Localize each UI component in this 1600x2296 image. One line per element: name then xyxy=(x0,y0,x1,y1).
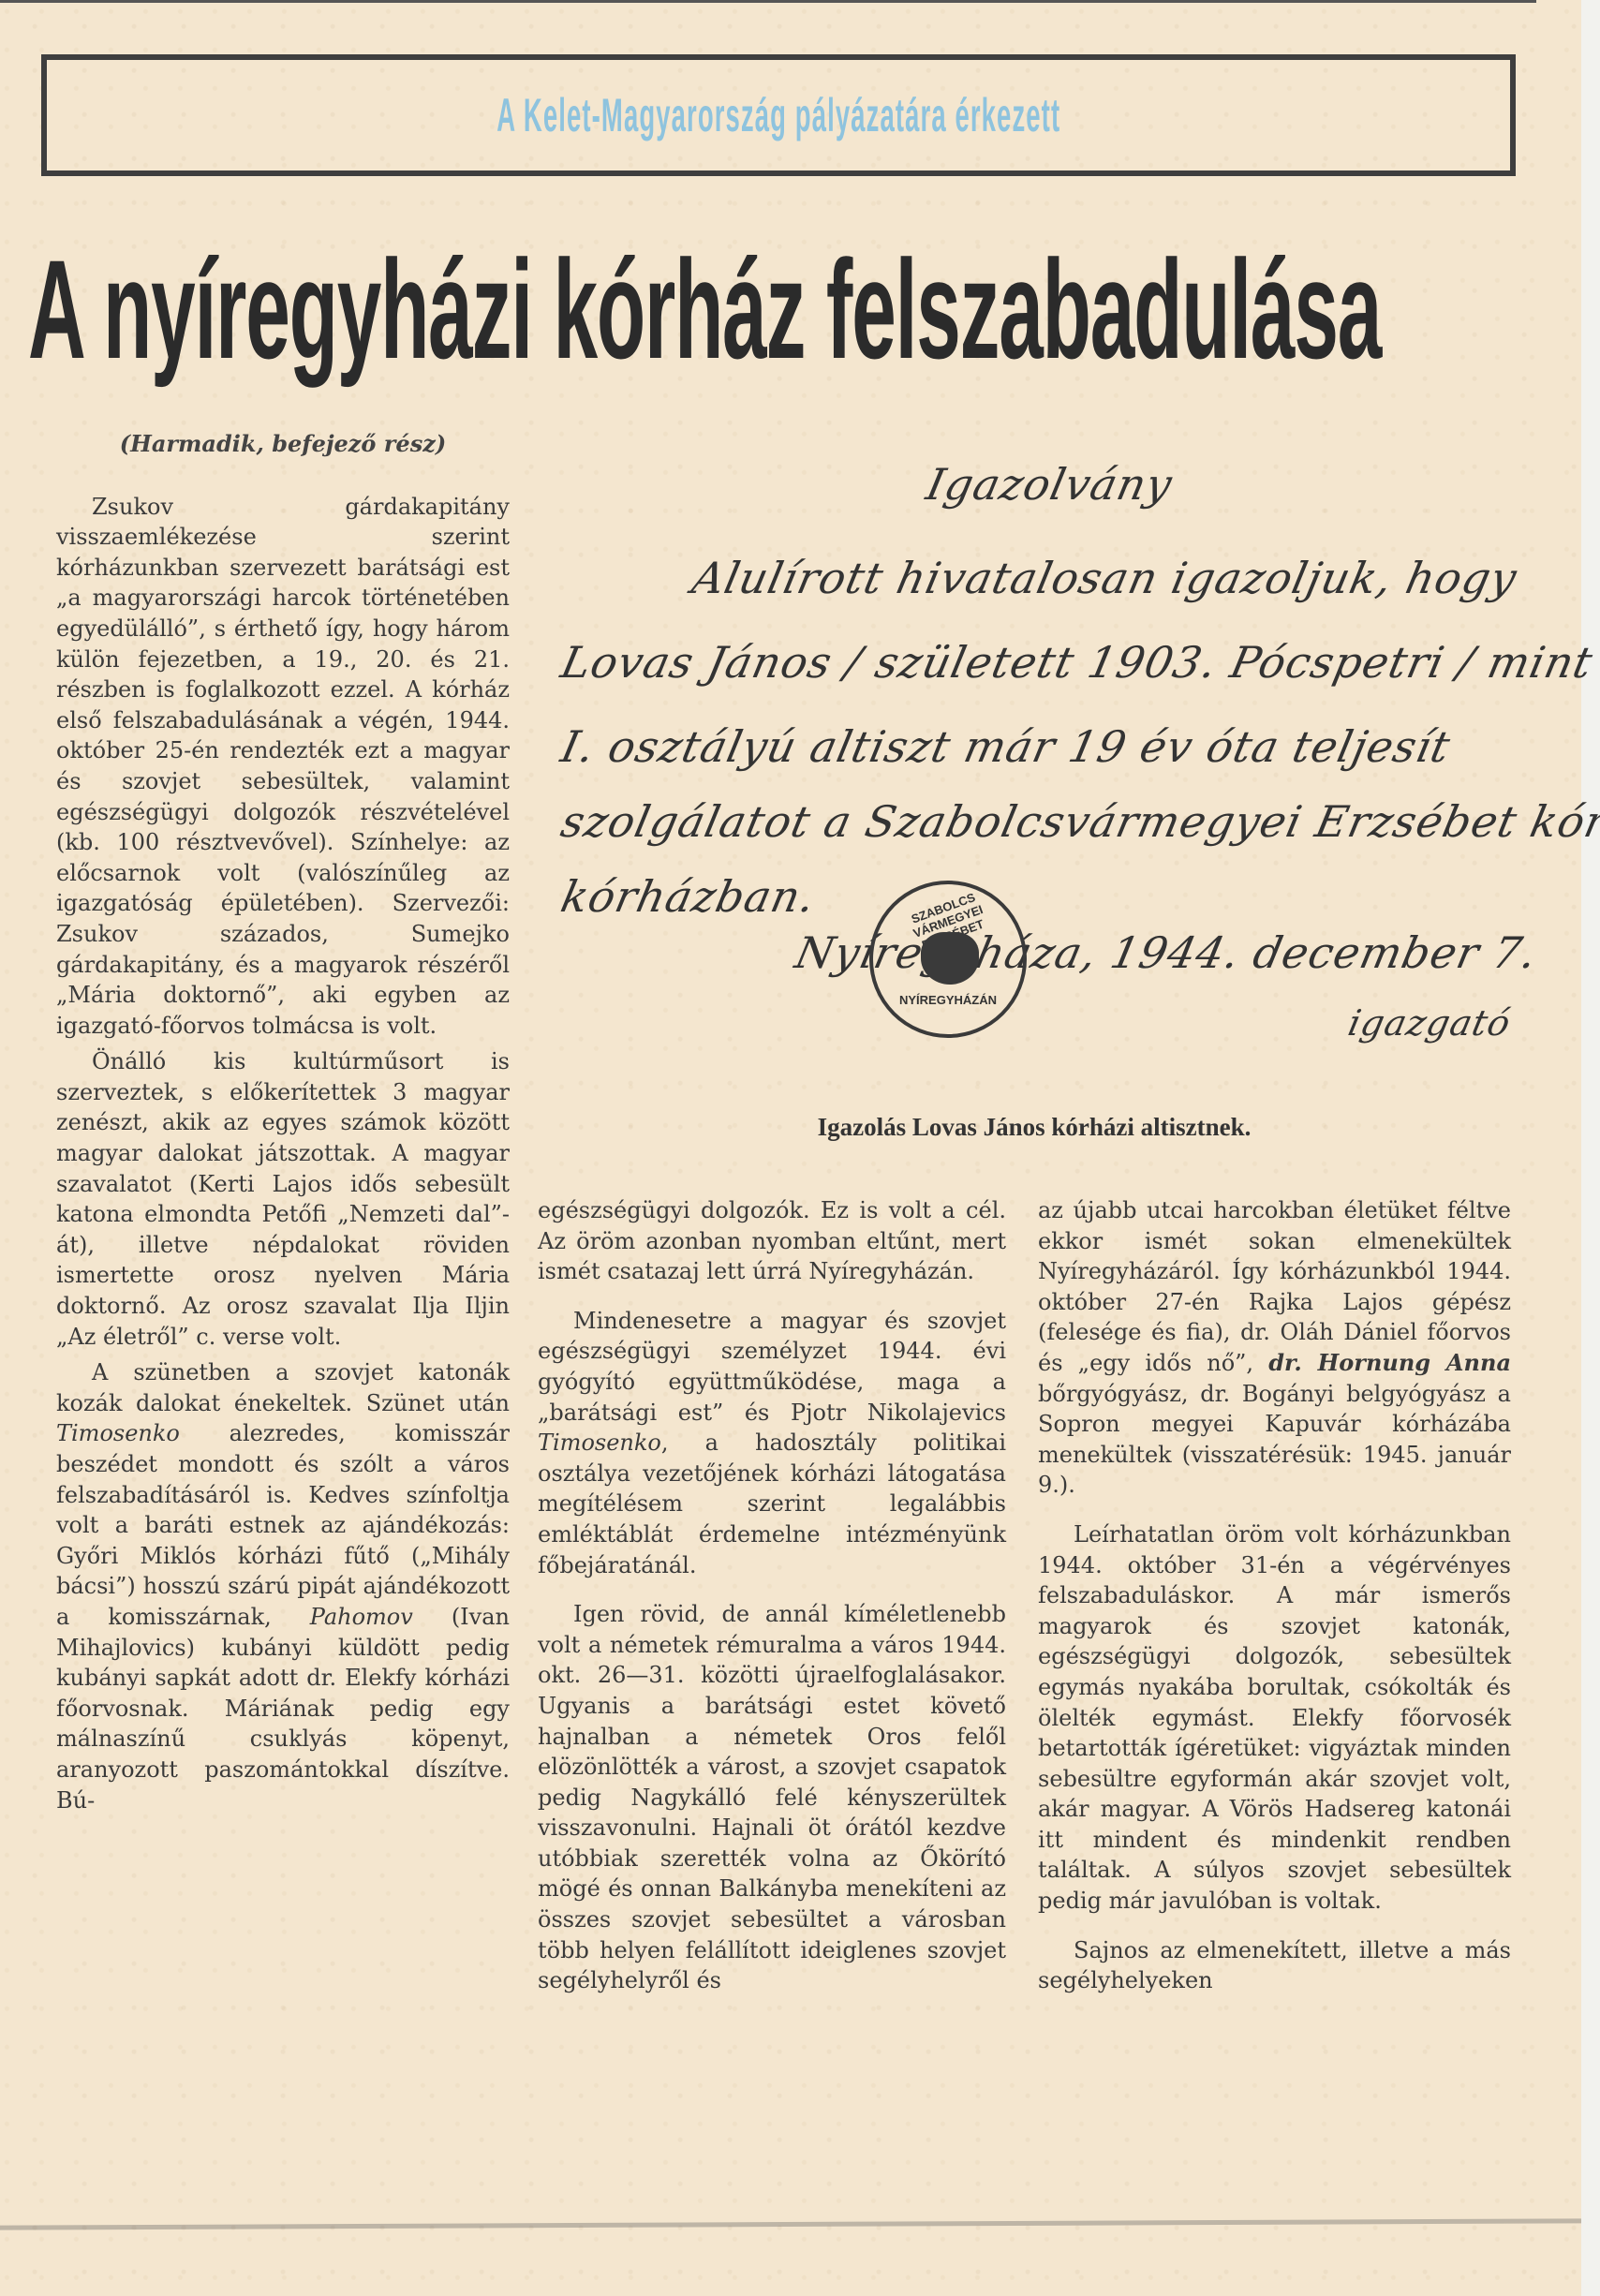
paragraph: Mindenesetre a magyar és szovjet egészsé… xyxy=(538,1306,1006,1580)
paragraph: Leírhatatlan öröm volt kórházunkban 1944… xyxy=(1038,1519,1511,1917)
paragraph: A szünetben a szovjet katonák kozák dalo… xyxy=(56,1357,510,1815)
left-column: (Harmadik, befejező rész) Zsukov gárdaka… xyxy=(56,429,510,1815)
paragraph: Igen rövid, de annál kíméletlenebb volt … xyxy=(538,1599,1006,1996)
certificate-line: Alulírott hivatalosan igazoljuk, hogy xyxy=(688,553,1521,603)
text-run: Mindenesetre a magyar és szovjet egészsé… xyxy=(538,1308,1006,1426)
kicker-box: A Kelet-Magyarország pályázatára érkezet… xyxy=(41,54,1516,176)
coat-of-arms-icon xyxy=(921,932,979,985)
certificate-line: Lovas János / született 1903. Pócspetri … xyxy=(556,637,1597,688)
top-rule xyxy=(0,0,1536,3)
middle-column: egészségügyi dolgozók. Ez is volt a cél.… xyxy=(538,1195,1006,1996)
person-name: dr. Hornung Anna xyxy=(1268,1349,1511,1376)
official-stamp: SZABOLCS VÁRMEGYEI ERZSÉBET NYÍREGYHÁZÁN xyxy=(869,881,1027,1038)
handwritten-certificate: Igazolvány Alulírott hivatalosan igazolj… xyxy=(553,440,1518,1115)
certificate-line: I. osztályú altiszt már 19 év óta teljes… xyxy=(556,721,1455,772)
paragraph: az újabb utcai harcokban életüket féltve… xyxy=(1038,1195,1511,1501)
paragraph: Sajnos az elmenekített, illetve a más se… xyxy=(1038,1935,1511,1996)
subtitle: (Harmadik, befejező rész) xyxy=(56,429,510,460)
stamp-ring: SZABOLCS VÁRMEGYEI ERZSÉBET NYÍREGYHÁZÁN xyxy=(882,894,1014,1025)
newspaper-clipping: A Kelet-Magyarország pályázatára érkezet… xyxy=(0,0,1581,2296)
certificate-signature: igazgató xyxy=(1344,1002,1515,1044)
image-caption: Igazolás Lovas János kórházi altisztnek. xyxy=(678,1113,1390,1142)
headline: A nyíregyházi kórház felszabadulása xyxy=(28,225,882,393)
paragraph: Önálló kis kultúrműsort is szerveztek, s… xyxy=(56,1046,510,1352)
person-name: Pahomov xyxy=(310,1604,413,1630)
kicker-text: A Kelet-Magyarország pályázatára érkezet… xyxy=(496,88,1060,142)
stamp-text-bottom: NYÍREGYHÁZÁN xyxy=(883,993,1013,1007)
right-column: az újabb utcai harcokban életüket féltve… xyxy=(1038,1195,1511,1996)
text-run: (Ivan Mihajlovics) kubányi küldött pedig… xyxy=(56,1604,510,1814)
certificate-title: Igazolvány xyxy=(922,459,1177,510)
paragraph: Zsukov gárdakapitány visszaemlékezése sz… xyxy=(56,492,510,1042)
certificate-line: kórházban. xyxy=(556,871,820,922)
paper-crease xyxy=(0,2218,1581,2229)
text-run: alezredes, komisszár beszédet mondott és… xyxy=(56,1420,510,1630)
person-name: Timosenko xyxy=(538,1429,661,1456)
certificate-line: szolgálatot a Szabolcsvármegyei Erzsébet… xyxy=(556,796,1600,847)
text-run: bőrgyógyász, dr. Bogányi belgyógyász a S… xyxy=(1038,1381,1511,1499)
paragraph: egészségügyi dolgozók. Ez is volt a cél.… xyxy=(538,1195,1006,1287)
person-name: Timosenko xyxy=(56,1420,180,1446)
text-run: A szünetben a szovjet katonák kozák dalo… xyxy=(56,1359,510,1416)
